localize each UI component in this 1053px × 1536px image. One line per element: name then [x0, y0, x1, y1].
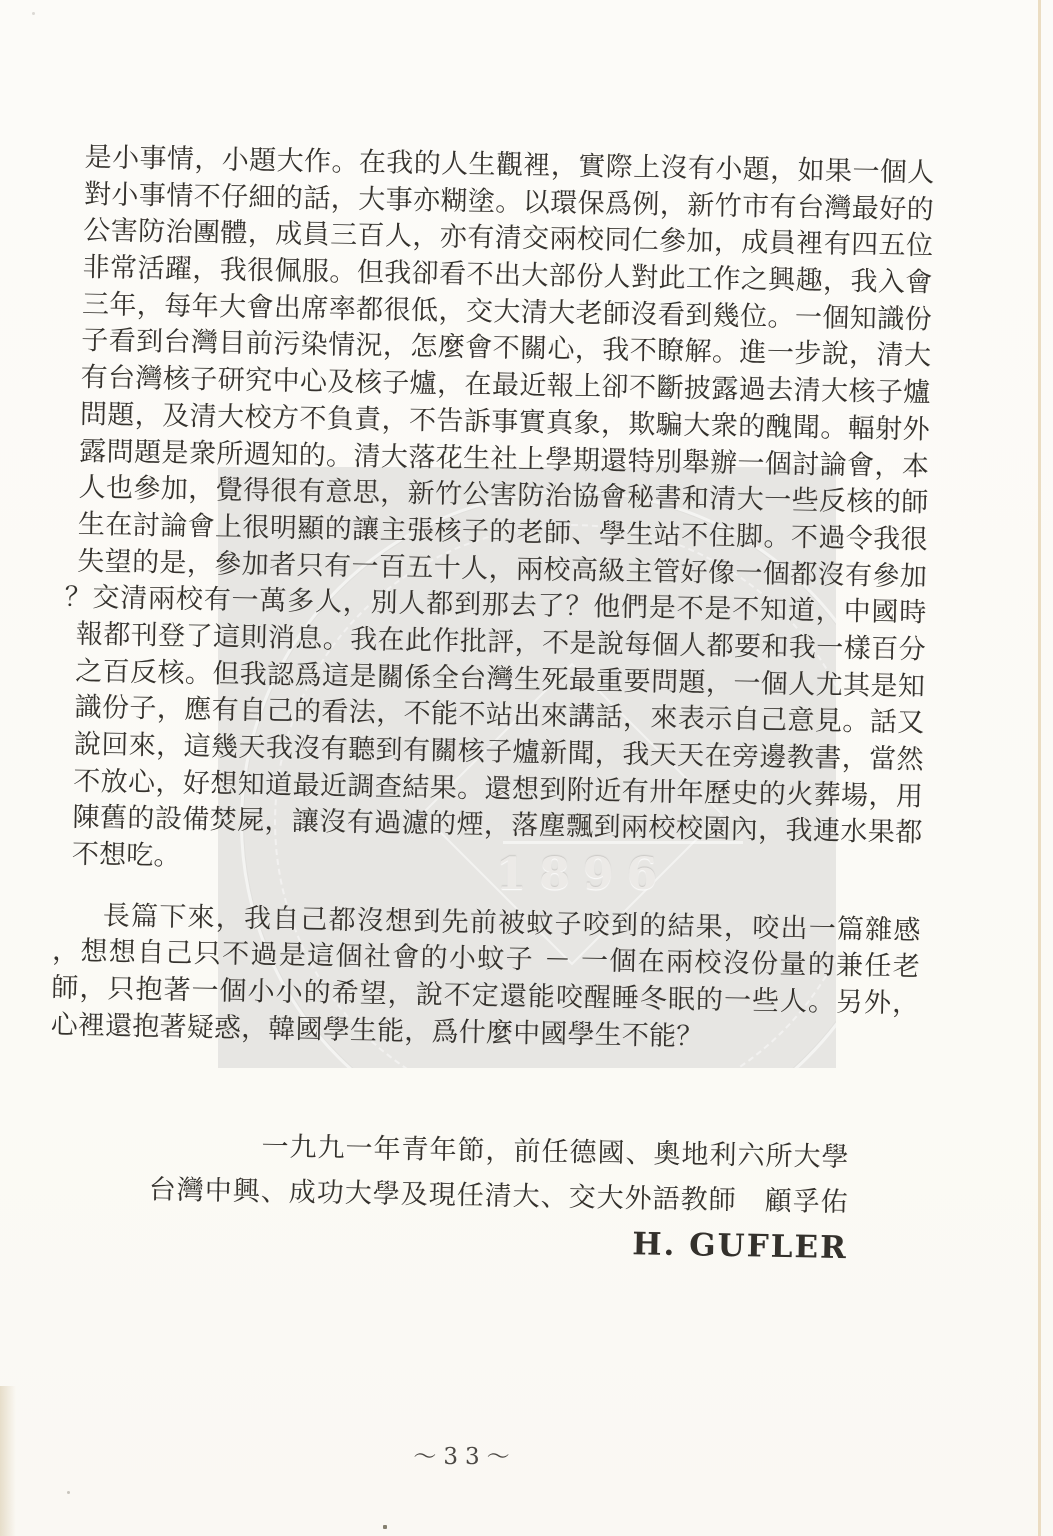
page-number: ～33～: [355, 1438, 575, 1471]
scanned-document-page: 1896 是小事情，小題大作。在我的人生觀裡，實際上沒有小題，如果一個人 對小事…: [0, 0, 1053, 1536]
scan-speck: [32, 12, 35, 15]
scan-edge-line: [1038, 0, 1041, 1536]
signature-block: 一九九一年青年節，前任德國、奧地利六所大學 台灣中興、成功大學及現任清大、交大外…: [65, 1120, 850, 1268]
document-text-block: 是小事情，小題大作。在我的人生觀裡，實際上沒有小題，如果一個人 對小事情不仔細的…: [65, 140, 935, 1270]
paragraph-1: 是小事情，小題大作。在我的人生觀裡，實際上沒有小題，如果一個人 對小事情不仔細的…: [72, 140, 935, 889]
paragraph-2: 長篇下來，我自己都沒想到先前被蚊子咬到的結果，咬出一篇雜感 ，想想自己只不過是這…: [50, 897, 921, 1060]
scan-corner-shadow: [0, 1386, 16, 1536]
scan-speck: [383, 1525, 387, 1529]
scan-speck: [67, 1491, 70, 1494]
